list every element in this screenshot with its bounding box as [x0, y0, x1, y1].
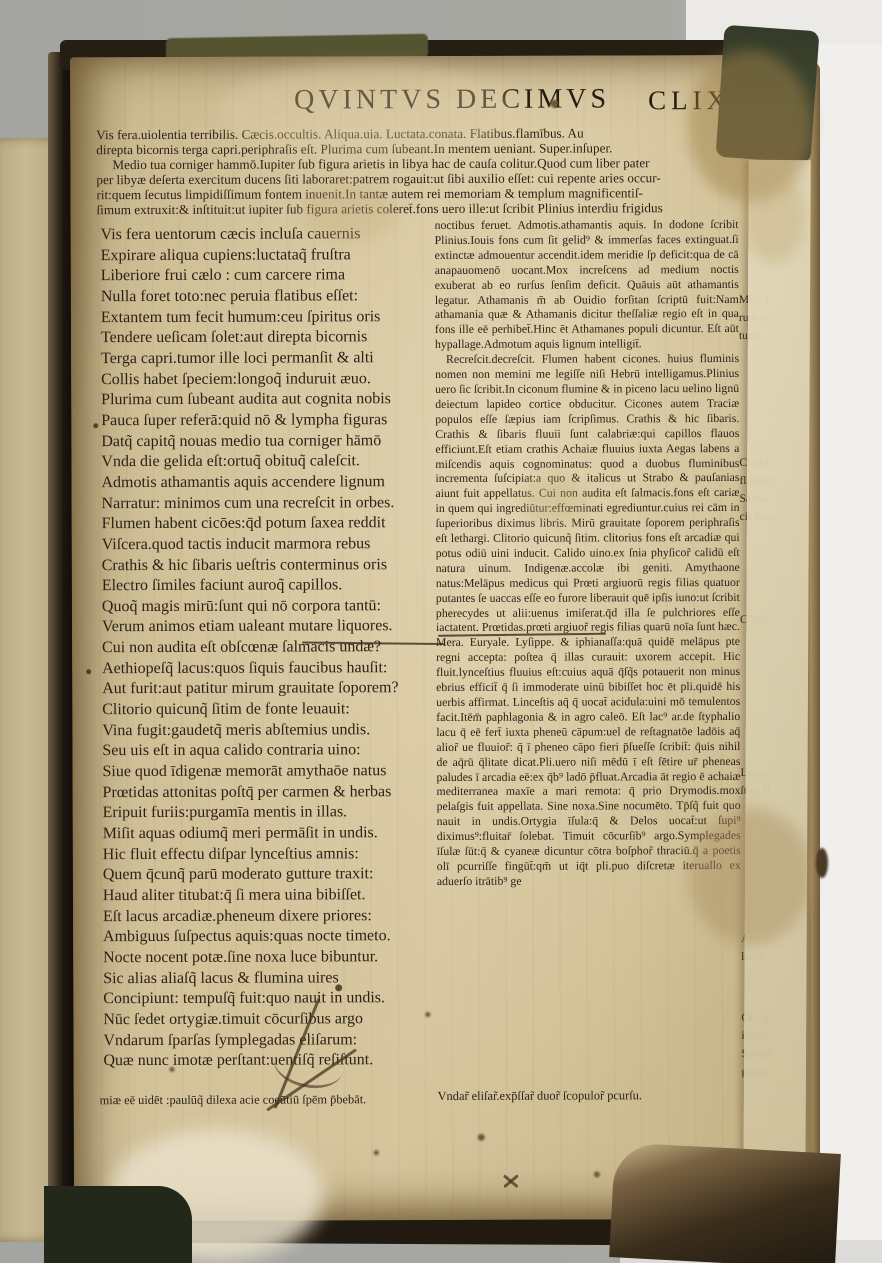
verse-line: Ambiguus ſuſpectus aquis:quas nocte time… [103, 926, 439, 948]
verse-line: Crathis & hic ſibaris ueſtris conterminu… [102, 555, 438, 577]
cover-corner-bottom-right [609, 1142, 841, 1263]
stain [688, 808, 812, 944]
verse-line: Collis habet ſpeciem:longoq̃ induruit æu… [101, 369, 437, 391]
verse-line: Cui non audita eſt obſcœnæ ſalmacis undæ… [102, 637, 438, 659]
verse-line: Haud aliter titubat:q̄ ſi mera uina bibi… [103, 885, 439, 907]
repair-strip [743, 160, 810, 1208]
verse-line: Flumen habent cicōes:q̄d potum ſaxea red… [102, 513, 438, 535]
verse-line: Pauca ſuper referā:quid nō & lympha figu… [101, 410, 437, 432]
verse-line: Prœtidas attonitas poſtq̄ per carmen & h… [103, 782, 439, 804]
verse-line: Quæ nunc imotæ perſtant:uentiſq̃ reſiſtu… [103, 1050, 439, 1072]
verse-line: Concipiunt: tempuſq̃ fuit:quo nauit in u… [103, 988, 439, 1010]
commentary-paragraph: noctibus feruet. Admotis.athamantis aqui… [435, 217, 739, 352]
commentary-paragraph: Recreſcit.decreſcit. Flumen habent cicon… [435, 351, 741, 889]
foxing-spot [374, 1150, 379, 1155]
verse-line: Sic alias aliaſq̃ lacus & flumina uires [103, 968, 439, 990]
paragraph-dot [93, 423, 98, 428]
foxing-spot [425, 1012, 430, 1017]
verse-line: Nulla foret toto:nec peruia flatibus eſſ… [101, 286, 437, 308]
commentary-column: noctibus feruet. Admotis.athamantis aqui… [435, 217, 742, 1094]
ink-dot [335, 984, 342, 991]
verse-line: Aethiopeſq̃ lacus:quos ſiquis faucibus h… [102, 658, 438, 680]
verse-line: Expirare aliqua cupiens:luctataq̃ fruſtr… [101, 245, 437, 267]
verse-line: Vnda die gelida eſt:ortuq̃ obituq̃ caleſ… [101, 451, 437, 473]
verse-line: Vndarum ſparſas ſymplegadas eliſarum: [103, 1030, 439, 1052]
verse-line: Narratur: minimos cum una recreſcit in o… [101, 493, 437, 515]
verse-line: Aut furit:aut patitur mirum grauitate ſo… [102, 678, 438, 700]
foxing-spot [594, 1171, 600, 1177]
verse-line: Eripuit furiis:purgamīa mentis in illas. [103, 802, 439, 824]
edge-blot [816, 848, 828, 878]
verse-line: Tendere ueſicam ſolet:aut direpta bicorn… [101, 327, 437, 349]
foxing-spot [478, 1134, 485, 1141]
verse-line: Seu uis eſt in aqua calido contraria uin… [102, 740, 438, 762]
page: QVINTVS DECIMVS CLIX Vis fera.uiolentia … [70, 55, 812, 1222]
verse-line: Terga capri.tumor ille loci permanſit & … [101, 348, 437, 370]
verse-line: Vina fugit:gaudetq̃ meris abſtemius undi… [102, 720, 438, 742]
verse-line: Admotis athamantis aquis accendere lignu… [101, 472, 437, 494]
catchline-left: miæ eē uidēt :paulūq̃ dilexa acie coeūti… [100, 1092, 367, 1108]
verse-line: Miſit aquas odiumq̃ meri permāſit in und… [103, 823, 439, 845]
stain [742, 168, 806, 264]
verse-line: Quem q̄cunq̃ parū moderato gutture traxi… [103, 864, 439, 886]
verse-line: Datq̃ capitq̃ nouas medio tua corniger h… [101, 431, 437, 453]
verse-line: Eſt lacus arcadiæ.pheneum dixere priores… [103, 906, 439, 928]
verse-line: Plurima cum ſubeant audita aut cognita n… [101, 389, 437, 411]
verse-line: Nūc ſedet ortygiæ.timuit cōcurſibus argo [103, 1009, 439, 1031]
verse-line: Extantem tum fecit humum:ceu ſpiritus or… [101, 307, 437, 329]
verse-line: Quoq̃ magis mirū:ſunt qui nō corpora tan… [102, 596, 438, 618]
verse-line: Verum animos etiam ualeant mutare liquor… [102, 616, 438, 638]
stain [300, 182, 396, 242]
backdrop-right [810, 0, 882, 1263]
book-photo: QVINTVS DECIMVS CLIX Vis fera.uiolentia … [0, 0, 882, 1263]
verse-line: Nocte nocent potæ.ſine noxa luce bibuntu… [103, 947, 439, 969]
verse-line: Viſcera.quod tactis inducit marmora rebu… [102, 534, 438, 556]
verse-line: Siue quod īdigenæ memorāt amythaōe natus [102, 761, 438, 783]
argument-line: ſimum extruxit:& inſtituit:ut iupiter ſu… [96, 200, 766, 217]
stain [521, 473, 585, 525]
verse-line: Electro ſimiles faciunt auroq̃ capillos. [102, 575, 438, 597]
poem-column: Vis fera uentorum cæcis incluſa cauernis… [101, 224, 440, 1072]
verse-line: Clitorio quicunq̃ ſitim de fonte leuauit… [102, 699, 438, 721]
cover-corner-bottom-left [44, 1186, 192, 1263]
verse-line: Hic fluit effectu diſpar lynceſtius amni… [103, 844, 439, 866]
catchline-right: Vndar̃ eliſar̃.exp̄ſſar̃ duor̃ ſcopulor̃… [438, 1088, 642, 1104]
verse-line: Liberiore frui cælo : cum carcere rima [101, 265, 437, 287]
foxing-spot [169, 1067, 174, 1072]
foxing-spot [550, 100, 558, 108]
paragraph-dot [86, 669, 91, 674]
